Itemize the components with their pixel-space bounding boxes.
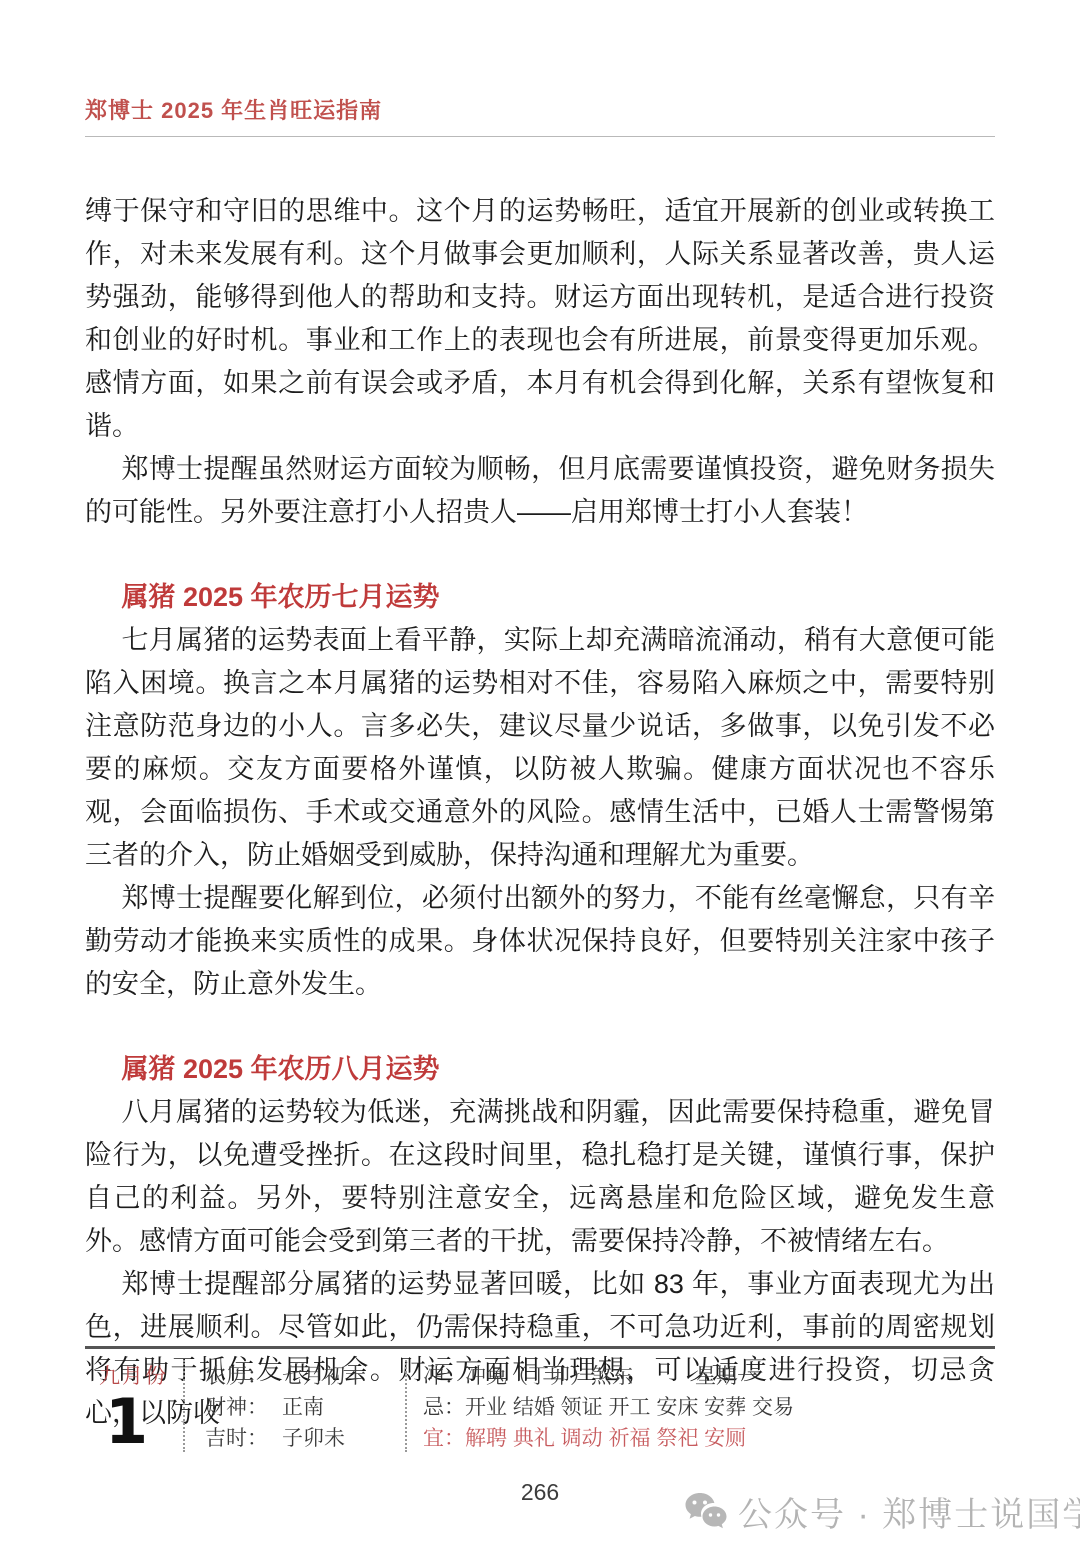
calendar-caishen-row: 财神：正南 bbox=[205, 1392, 405, 1423]
paragraph-august-forecast: 八月属猪的运势较为低迷，充满挑战和阴霾，因此需要保持稳重，避免冒险行为，以免遭受… bbox=[85, 1091, 995, 1263]
caishen-value: 正南 bbox=[282, 1396, 324, 1419]
body-text: 缚于保守和守旧的思维中。这个月的运势畅旺，适宜开展新的创业或转换工作，对未来发展… bbox=[85, 190, 995, 1435]
jishi-value: 子卯未 bbox=[282, 1427, 345, 1450]
section-heading-july: 属猪 2025 年农历七月运势 bbox=[85, 576, 995, 619]
book-page: 郑博士 2025 年生肖旺运指南 缚于保守和守旧的思维中。这个月的运势畅旺，适宜… bbox=[0, 0, 1080, 1563]
calendar-info-column: 农历：七月初十 财神：正南 吉时：子卯未 bbox=[185, 1358, 405, 1454]
calendar-chong-row: 冲：冲兔（丁卯）煞东 星期一 bbox=[423, 1361, 995, 1392]
calendar-jishi-row: 吉时：子卯未 bbox=[205, 1423, 405, 1454]
calendar-detail-column: 冲：冲兔（丁卯）煞东 星期一 忌：开业 结婚 领证 开工 安床 安葬 交易 宜：… bbox=[407, 1358, 995, 1454]
paragraph-july-forecast: 七月属猪的运势表面上看平静，实际上却充满暗流涌动，稍有大意便可能陷入困境。换言之… bbox=[85, 619, 995, 877]
document-title: 郑博士 2025 年生肖旺运指南 bbox=[85, 94, 995, 125]
wechat-icon bbox=[683, 1491, 729, 1533]
chong-value: 冲兔（丁卯）煞东 bbox=[465, 1361, 633, 1392]
paragraph-continuation: 缚于保守和守旧的思维中。这个月的运势畅旺，适宜开展新的创业或转换工作，对未来发展… bbox=[85, 190, 995, 448]
weekday-label: 星期一 bbox=[695, 1361, 758, 1392]
lunar-value: 七月初十 bbox=[282, 1365, 366, 1388]
chong-label: 冲： bbox=[423, 1361, 465, 1392]
yi-value: 解聘 典礼 调动 祈福 祭祀 安厕 bbox=[465, 1427, 746, 1450]
calendar-strip: 九月份 1 农历：七月初十 财神：正南 吉时：子卯未 冲：冲兔（丁卯）煞东 星期… bbox=[85, 1346, 995, 1454]
jishi-label: 吉时： bbox=[205, 1427, 268, 1450]
calendar-day-number: 1 bbox=[105, 1392, 183, 1452]
calendar-lunar-row: 农历：七月初十 bbox=[205, 1361, 405, 1392]
calendar-ji-row: 忌：开业 结婚 领证 开工 安床 安葬 交易 bbox=[423, 1392, 995, 1423]
paragraph-reminder-june: 郑博士提醒虽然财运方面较为顺畅，但月底需要谨慎投资，避免财务损失的可能性。另外要… bbox=[85, 448, 995, 534]
caishen-label: 财神： bbox=[205, 1396, 268, 1419]
paragraph-reminder-july: 郑博士提醒要化解到位，必须付出额外的努力，不能有丝毫懈怠，只有辛勤劳动才能换来实… bbox=[85, 877, 995, 1006]
calendar-yi-row: 宜：解聘 典礼 调动 祈福 祭祀 安厕 bbox=[423, 1423, 995, 1454]
calendar-date-block: 九月份 1 bbox=[85, 1358, 183, 1454]
watermark: 公众号 · 郑博士说国学 bbox=[683, 1487, 1080, 1536]
ji-label: 忌： bbox=[423, 1396, 465, 1419]
document-header: 郑博士 2025 年生肖旺运指南 bbox=[85, 94, 995, 137]
section-heading-august: 属猪 2025 年农历八月运势 bbox=[85, 1048, 995, 1091]
ji-value: 开业 结婚 领证 开工 安床 安葬 交易 bbox=[465, 1396, 794, 1419]
watermark-text: 公众号 · 郑博士说国学 bbox=[738, 1487, 1080, 1536]
yi-label: 宜： bbox=[423, 1427, 465, 1450]
lunar-label: 农历： bbox=[205, 1365, 268, 1388]
